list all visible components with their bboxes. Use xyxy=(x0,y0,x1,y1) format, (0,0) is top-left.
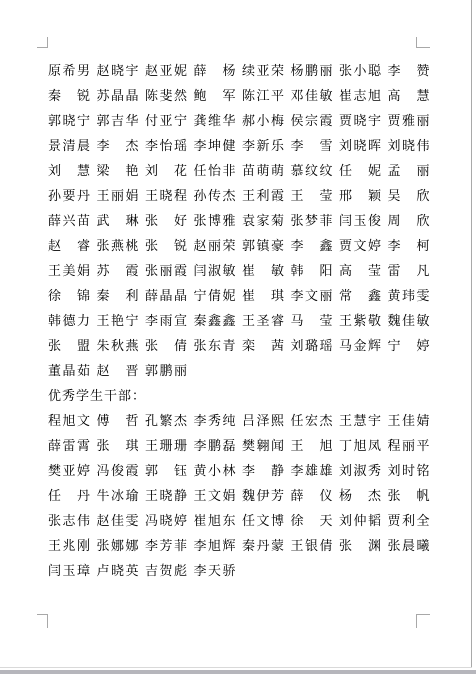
student-name: 李雨宣 xyxy=(145,308,187,333)
student-name: 刘慧 xyxy=(48,158,90,183)
student-name: 王利霞 xyxy=(242,183,284,208)
student-name: 景清晨 xyxy=(48,133,90,158)
student-name: 吕泽熙 xyxy=(242,408,284,433)
student-name: 徐锦 xyxy=(48,283,90,308)
student-name: 卢晓英 xyxy=(97,558,139,583)
student-name: 傅哲 xyxy=(97,408,139,433)
student-name: 孙要丹 xyxy=(48,183,90,208)
student-name: 张琪 xyxy=(97,433,139,458)
student-name: 王丽娟 xyxy=(97,183,139,208)
student-name: 常鑫 xyxy=(339,283,381,308)
student-name: 王佳婧 xyxy=(388,408,430,433)
student-name: 黄玮雯 xyxy=(388,283,430,308)
student-name: 薛雷霄 xyxy=(48,433,90,458)
student-name: 薛兴苗 xyxy=(48,208,90,233)
name-row: 任丹牛冰瑜王晓静王文娟魏伊芳薛仪杨杰张帆 xyxy=(48,483,432,508)
student-name: 吴欣 xyxy=(388,183,430,208)
student-name: 张渊 xyxy=(339,533,381,558)
text-boundary-mark-top-left xyxy=(37,37,48,48)
student-name: 李鹏磊 xyxy=(194,433,236,458)
student-name: 慕纹纹 xyxy=(291,158,333,183)
student-name: 高慧 xyxy=(388,83,430,108)
student-name: 任文博 xyxy=(242,508,284,533)
student-name: 周欣 xyxy=(388,208,430,233)
student-name: 贾利全 xyxy=(388,508,430,533)
student-name: 秦鑫鑫 xyxy=(194,308,236,333)
name-row: 赵睿张燕桃张锐赵丽荣郭镇豪李鑫贾文婷李柯 xyxy=(48,233,432,258)
student-name: 郭镇豪 xyxy=(242,233,284,258)
student-name: 鲍军 xyxy=(194,83,236,108)
student-name: 程丽平 xyxy=(388,433,430,458)
student-name: 董晶茹 xyxy=(48,358,90,383)
student-name: 贾雅丽 xyxy=(388,108,430,133)
student-name: 孔繁杰 xyxy=(145,408,187,433)
student-name: 李新乐 xyxy=(242,133,284,158)
student-name: 王晓静 xyxy=(145,483,187,508)
student-name: 宁婷 xyxy=(388,333,430,358)
student-name: 崔志旭 xyxy=(339,83,381,108)
student-name: 郭钰 xyxy=(145,458,187,483)
text-boundary-mark-top-right xyxy=(416,37,430,48)
student-name: 武琳 xyxy=(97,208,139,233)
student-name: 陈江平 xyxy=(242,83,284,108)
text-boundary-mark-bottom-left xyxy=(37,614,48,628)
student-name: 薛杨 xyxy=(194,58,236,83)
name-row: 薛兴苗武琳张好张博雅袁家菊张梦菲闫玉俊周欣 xyxy=(48,208,432,233)
student-name: 郭鹏丽 xyxy=(145,358,187,383)
page-right-edge xyxy=(471,0,472,668)
student-name: 郭晓宁 xyxy=(48,108,90,133)
student-name: 张燕桃 xyxy=(97,233,139,258)
student-name: 孟丽 xyxy=(388,158,430,183)
student-name: 赵佳雯 xyxy=(97,508,139,533)
student-name: 张小聪 xyxy=(339,58,381,83)
student-name: 刘淑秀 xyxy=(339,458,381,483)
student-name: 程旭文 xyxy=(48,408,90,433)
student-name: 赵晓宇 xyxy=(97,58,139,83)
name-row: 韩德力王艳宁李雨宣秦鑫鑫王圣睿马莹王紫敬魏佳敏 xyxy=(48,308,432,333)
name-row: 王美娟苏霞张丽霞闫淑敏崔敏韩阳高莹雷凡 xyxy=(48,258,432,283)
student-name: 李坤健 xyxy=(194,133,236,158)
student-name: 赵丽荣 xyxy=(194,233,236,258)
student-name: 王旭 xyxy=(291,433,333,458)
student-name: 袁家菊 xyxy=(242,208,284,233)
student-name: 龚维华 xyxy=(194,108,236,133)
student-name: 王莹 xyxy=(291,183,333,208)
student-name: 李柯 xyxy=(388,233,430,258)
name-row: 徐锦秦利薛晶晶宁倩妮崔琪李文丽常鑫黄玮雯 xyxy=(48,283,432,308)
student-name: 刘花 xyxy=(145,158,187,183)
student-name: 李雪 xyxy=(291,133,333,158)
student-name: 李旭辉 xyxy=(194,533,236,558)
name-row: 秦锐苏晶晶陈斐然鲍军陈江平邓佳敏崔志旭高慧 xyxy=(48,83,432,108)
student-name: 邢颖 xyxy=(339,183,381,208)
student-name: 张倩 xyxy=(145,333,187,358)
student-name: 王银倩 xyxy=(291,533,333,558)
student-name: 刘仲韬 xyxy=(339,508,381,533)
name-row: 景清晨李杰李怡瑶李坤健李新乐李雪刘晓晖刘晓伟 xyxy=(48,133,432,158)
student-name: 原希男 xyxy=(48,58,90,83)
student-name: 李雄雄 xyxy=(291,458,333,483)
student-name: 李秀纯 xyxy=(194,408,236,433)
student-name: 张东青 xyxy=(194,333,236,358)
name-row: 张志伟赵佳雯冯晓婷崔旭东任文博徐天刘仲韬贾利全 xyxy=(48,508,432,533)
student-name: 赵亚妮 xyxy=(145,58,187,83)
student-name: 李鑫 xyxy=(291,233,333,258)
name-row: 孙要丹王丽娟王晓程孙传杰王利霞王莹邢颖吴欣 xyxy=(48,183,432,208)
student-name: 王美娟 xyxy=(48,258,90,283)
student-name: 付亚宁 xyxy=(145,108,187,133)
student-name: 樊翱闻 xyxy=(242,433,284,458)
student-name: 任妮 xyxy=(339,158,381,183)
student-name: 韩阳 xyxy=(291,258,333,283)
student-name: 张梦菲 xyxy=(291,208,333,233)
student-name: 杨鹏丽 xyxy=(291,58,333,83)
name-row: 王兆刚张娜娜李芳菲李旭辉秦丹蒙王银倩张渊张晨曦 xyxy=(48,533,432,558)
document-body-text: 原希男赵晓宇赵亚妮薛杨续亚荣杨鹏丽张小聪李赞秦锐苏晶晶陈斐然鲍军陈江平邓佳敏崔志… xyxy=(48,58,432,583)
document-viewport: 原希男赵晓宇赵亚妮薛杨续亚荣杨鹏丽张小聪李赞秦锐苏晶晶陈斐然鲍军陈江平邓佳敏崔志… xyxy=(0,0,476,674)
student-name: 闫玉俊 xyxy=(339,208,381,233)
name-row: 刘慧梁艳刘花任怡非苗萌萌慕纹纹任妮孟丽 xyxy=(48,158,432,183)
student-name: 冯俊霞 xyxy=(97,458,139,483)
student-name: 王慧宇 xyxy=(339,408,381,433)
student-name: 王兆刚 xyxy=(48,533,90,558)
student-name: 王文娟 xyxy=(194,483,236,508)
name-row: 闫玉璋卢晓英吉贺彪李天骄 xyxy=(48,558,432,583)
name-row: 程旭文傅哲孔繁杰李秀纯吕泽熙任宏杰王慧宇王佳婧 xyxy=(48,408,432,433)
student-name: 韩德力 xyxy=(48,308,90,333)
student-name: 张帆 xyxy=(388,483,430,508)
student-name: 丁旭凤 xyxy=(339,433,381,458)
student-name: 张好 xyxy=(145,208,187,233)
student-name: 秦丹蒙 xyxy=(242,533,284,558)
student-name: 王圣睿 xyxy=(242,308,284,333)
name-row: 张盟朱秋燕张倩张东青栾茜刘璐瑶马金辉宁婷 xyxy=(48,333,432,358)
student-name: 崔旭东 xyxy=(194,508,236,533)
student-name: 张博雅 xyxy=(194,208,236,233)
student-name: 马莹 xyxy=(291,308,333,333)
student-name: 张盟 xyxy=(48,333,90,358)
student-name: 徐天 xyxy=(291,508,333,533)
student-name: 李杰 xyxy=(97,133,139,158)
student-name: 雷凡 xyxy=(388,258,430,283)
student-name: 栾茜 xyxy=(242,333,284,358)
student-name: 王珊珊 xyxy=(145,433,187,458)
student-name: 崔敏 xyxy=(242,258,284,283)
student-name: 秦锐 xyxy=(48,83,90,108)
student-name: 李赞 xyxy=(388,58,430,83)
student-name: 张娜娜 xyxy=(97,533,139,558)
student-name: 刘时铭 xyxy=(388,458,430,483)
student-name: 郭吉华 xyxy=(97,108,139,133)
page-bottom-edge xyxy=(0,667,472,668)
student-name: 任丹 xyxy=(48,483,90,508)
name-row: 董晶茹赵晋郭鹏丽 xyxy=(48,358,432,383)
student-name: 李静 xyxy=(242,458,284,483)
name-row: 樊亚婷冯俊霞郭钰黄小林李静李雄雄刘淑秀刘时铭 xyxy=(48,458,432,483)
student-name: 黄小林 xyxy=(194,458,236,483)
document-page: 原希男赵晓宇赵亚妮薛杨续亚荣杨鹏丽张小聪李赞秦锐苏晶晶陈斐然鲍军陈江平邓佳敏崔志… xyxy=(0,0,471,668)
student-name: 李怡瑶 xyxy=(145,133,187,158)
student-name: 邓佳敏 xyxy=(291,83,333,108)
student-name: 薛仪 xyxy=(291,483,333,508)
student-name: 任怡非 xyxy=(194,158,236,183)
student-name: 秦利 xyxy=(97,283,139,308)
student-name: 苏霞 xyxy=(97,258,139,283)
student-name: 王晓程 xyxy=(145,183,187,208)
student-name: 张晨曦 xyxy=(388,533,430,558)
student-name: 李芳菲 xyxy=(145,533,187,558)
student-name: 马金辉 xyxy=(339,333,381,358)
student-name: 樊亚婷 xyxy=(48,458,90,483)
student-name: 魏伊芳 xyxy=(242,483,284,508)
student-name: 吉贺彪 xyxy=(145,558,187,583)
student-name: 杨杰 xyxy=(339,483,381,508)
student-name: 崔琪 xyxy=(242,283,284,308)
student-name: 李文丽 xyxy=(291,283,333,308)
student-name: 刘晓伟 xyxy=(388,133,430,158)
student-name: 牛冰瑜 xyxy=(97,483,139,508)
student-name: 朱秋燕 xyxy=(97,333,139,358)
student-name: 赵晋 xyxy=(97,358,139,383)
student-name: 宁倩妮 xyxy=(194,283,236,308)
student-name: 任宏杰 xyxy=(291,408,333,433)
student-name: 贾晓宇 xyxy=(339,108,381,133)
name-row: 郭晓宁郭吉华付亚宁龚维华郝小梅侯宗霞贾晓宇贾雅丽 xyxy=(48,108,432,133)
student-name: 张锐 xyxy=(145,233,187,258)
student-name: 王艳宁 xyxy=(97,308,139,333)
student-name: 郝小梅 xyxy=(242,108,284,133)
student-name: 薛晶晶 xyxy=(145,283,187,308)
student-name: 苗萌萌 xyxy=(242,158,284,183)
student-name: 冯晓婷 xyxy=(145,508,187,533)
student-name: 张志伟 xyxy=(48,508,90,533)
student-name: 高莹 xyxy=(339,258,381,283)
student-name: 刘晓晖 xyxy=(339,133,381,158)
student-name: 魏佳敏 xyxy=(388,308,430,333)
student-name: 侯宗霞 xyxy=(291,108,333,133)
app-canvas-background xyxy=(0,670,476,674)
name-row: 原希男赵晓宇赵亚妮薛杨续亚荣杨鹏丽张小聪李赞 xyxy=(48,58,432,83)
student-name: 贾文婷 xyxy=(339,233,381,258)
student-name: 苏晶晶 xyxy=(97,83,139,108)
student-name: 赵睿 xyxy=(48,233,90,258)
student-name: 刘璐瑶 xyxy=(291,333,333,358)
student-name: 王紫敬 xyxy=(339,308,381,333)
student-name: 陈斐然 xyxy=(145,83,187,108)
student-name: 梁艳 xyxy=(97,158,139,183)
student-name: 闫淑敏 xyxy=(194,258,236,283)
student-name: 张丽霞 xyxy=(145,258,187,283)
student-name: 续亚荣 xyxy=(242,58,284,83)
student-name: 闫玉璋 xyxy=(48,558,90,583)
student-name: 李天骄 xyxy=(194,558,236,583)
text-boundary-mark-bottom-right xyxy=(416,614,430,628)
name-row: 薛雷霄张琪王珊珊李鹏磊樊翱闻王旭丁旭凤程丽平 xyxy=(48,433,432,458)
section-title: 优秀学生干部： xyxy=(48,383,432,408)
student-name: 孙传杰 xyxy=(194,183,236,208)
